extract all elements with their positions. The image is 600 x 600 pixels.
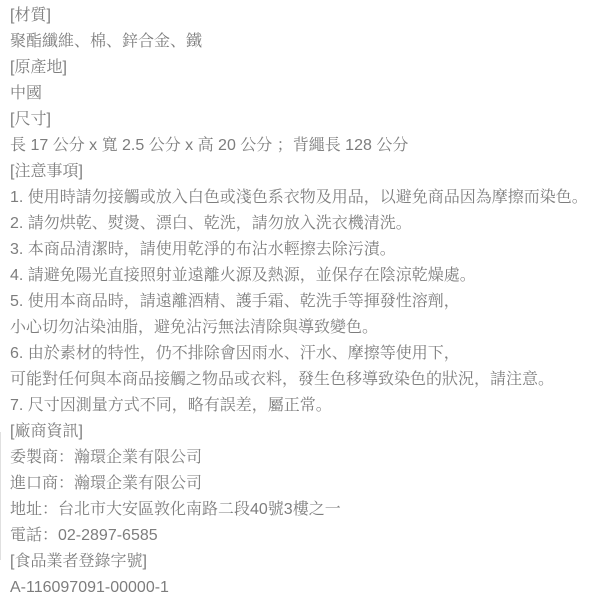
precaution-item-3: 3. 本商品清潔時，請使用乾淨的布沾水輕擦去除污漬。 <box>10 237 592 263</box>
manufacturer-section-label: [廠商資訊] <box>10 419 592 445</box>
product-description: [材質] 聚酯纖維、棉、鋅合金、鐵 [原產地] 中國 [尺寸] 長 17 公分 … <box>10 3 592 600</box>
manufacturer-address: 地址：台北市大安區敦化南路二段40號3樓之一 <box>10 497 592 523</box>
food-registration-section-label: [食品業者登錄字號] <box>10 549 592 575</box>
manufacturer-importer: 進口商：瀚環企業有限公司 <box>10 471 592 497</box>
precautions-section-label: [注意事項] <box>10 159 592 185</box>
precaution-item-6: 6. 由於素材的特性，仍不排除會因雨水、汗水、摩擦等使用下， <box>10 341 592 367</box>
precaution-item-5: 5. 使用本商品時，請遠離酒精、護手霜、乾洗手等揮發性溶劑， <box>10 289 592 315</box>
material-value: 聚酯纖維、棉、鋅合金、鐵 <box>10 29 592 55</box>
food-registration-number: A-116097091-00000-1 <box>10 575 592 600</box>
precaution-item-6-continued: 可能對任何與本商品接觸之物品或衣料，發生色移導致染色的狀況，請注意。 <box>10 367 592 393</box>
dimensions-section-label: [尺寸] <box>10 107 592 133</box>
material-section-label: [材質] <box>10 3 592 29</box>
precaution-item-7: 7. 尺寸因測量方式不同，略有誤差，屬正常。 <box>10 393 592 419</box>
precaution-item-1: 1. 使用時請勿接觸或放入白色或淺色系衣物及用品，以避免商品因為摩擦而染色。 <box>10 185 592 211</box>
manufacturer-commissioned: 委製商：瀚環企業有限公司 <box>10 445 592 471</box>
manufacturer-phone: 電話：02-2897-6585 <box>10 523 592 549</box>
precaution-item-2: 2. 請勿烘乾、熨燙、漂白、乾洗，請勿放入洗衣機清洗。 <box>10 211 592 237</box>
precaution-item-5-continued: 小心切勿沾染油脂，避免沾污無法清除與導致變色。 <box>10 315 592 341</box>
origin-value: 中國 <box>10 81 592 107</box>
left-edge-border <box>0 432 1 560</box>
origin-section-label: [原產地] <box>10 55 592 81</box>
dimensions-value: 長 17 公分 x 寬 2.5 公分 x 高 20 公分 ；背繩長 128 公分 <box>10 133 592 159</box>
precaution-item-4: 4. 請避免陽光直接照射並遠離火源及熱源，並保存在陰涼乾燥處。 <box>10 263 592 289</box>
